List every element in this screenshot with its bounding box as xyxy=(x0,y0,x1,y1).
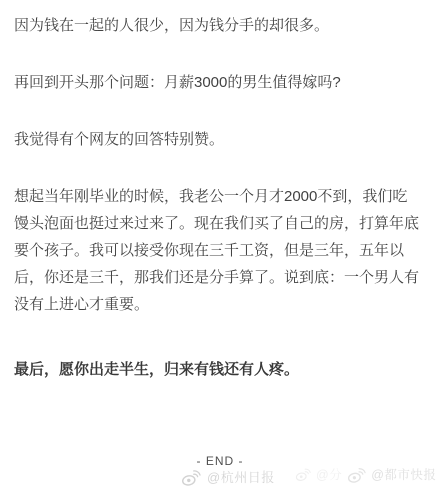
watermark-left-label: @杭州日报 xyxy=(207,467,275,486)
paragraph-netizen-answer: 想起当年刚毕业的时候，我老公一个月才2000不到，我们吃 馒头泡面也挺过来过来了… xyxy=(14,183,426,318)
watermark-left: @杭州日报 xyxy=(181,467,275,486)
weibo-icon xyxy=(179,466,202,488)
paragraph-question: 再回到开头那个问题：月薪3000的男生值得嫁吗? xyxy=(14,69,426,96)
closing-line: 最后，愿你出走半生，归来有钱还有人疼。 xyxy=(14,356,426,383)
watermark-right: @分 @都市快报 xyxy=(295,465,436,483)
paragraph-intro: 因为钱在一起的人很少，因为钱分手的却很多。 xyxy=(14,12,426,39)
watermark-right-secondary-label: @分 xyxy=(316,465,342,483)
watermark-right-label: @都市快报 xyxy=(371,465,436,483)
paragraph-lead-in: 我觉得有个网友的回答特别赞。 xyxy=(14,126,426,153)
article-page: 因为钱在一起的人很少，因为钱分手的却很多。 再回到开头那个问题：月薪3000的男… xyxy=(0,0,440,490)
weibo-icon xyxy=(346,464,368,485)
weibo-icon xyxy=(294,465,313,482)
